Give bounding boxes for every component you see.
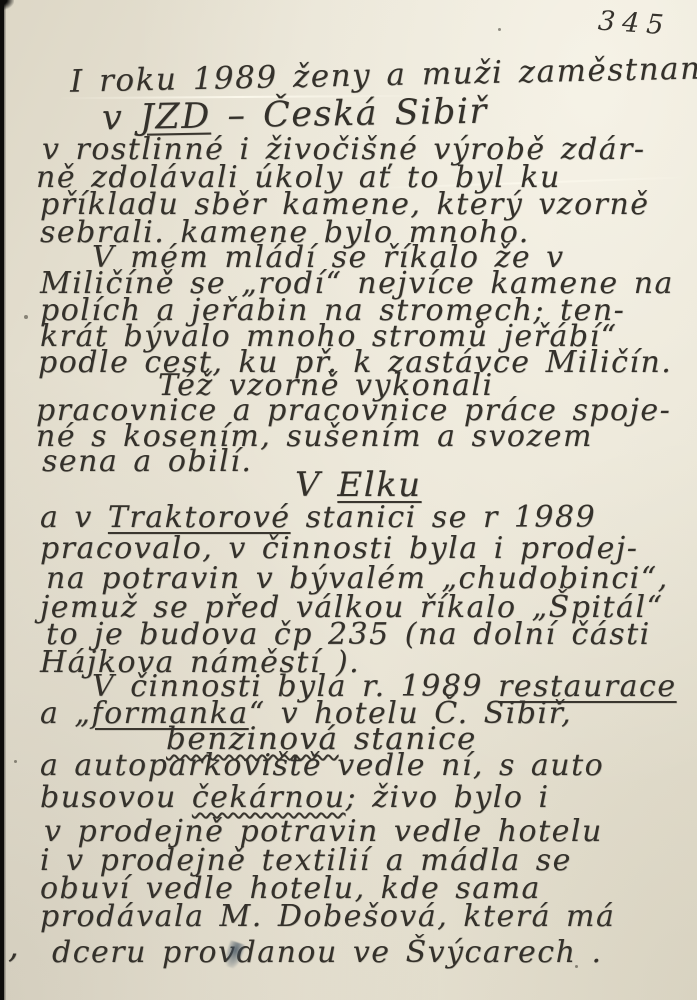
- handwritten-text: V: [295, 465, 337, 505]
- handwritten-text: a v: [40, 500, 108, 535]
- handwritten-line: a v Traktorové stanici se r 1989: [40, 501, 596, 534]
- handwritten-line: a autoparkoviště vedle ní, s auto: [40, 749, 604, 782]
- handwritten-line: I roku 1989 ženy a muži zaměstnaní: [70, 51, 697, 99]
- handwritten-text: prodávala M. Dobešová, která má: [40, 899, 615, 934]
- handwritten-text: stanici se r 1989: [291, 500, 597, 535]
- paper-speck: [14, 760, 17, 763]
- paper-speck: [498, 28, 501, 31]
- handwritten-text: – Česká Sibiř: [210, 92, 488, 137]
- underlined-word: Elku: [337, 465, 421, 505]
- manuscript-page: 345 I roku 1989 ženy a muži zaměstnanív …: [0, 0, 697, 1000]
- manuscript-lines: I roku 1989 ženy a muži zaměstnanív JZD …: [0, 0, 697, 1000]
- handwritten-text: busovou: [40, 780, 192, 815]
- handwritten-text: ,: [8, 926, 20, 966]
- paper-speck: [575, 965, 578, 968]
- handwritten-text: a „: [40, 696, 91, 731]
- handwritten-line: dceru provdanou ve Švýcarech .: [52, 936, 603, 969]
- handwritten-text: dceru provdanou ve Švýcarech .: [52, 935, 603, 970]
- paper-speck: [24, 315, 28, 319]
- underlined-word: čekárnou: [192, 780, 346, 815]
- handwritten-line: busovou čekárnou; živo bylo i: [40, 781, 550, 814]
- handwritten-text: a autoparkoviště vedle ní, s auto: [40, 748, 604, 783]
- handwritten-line: prodávala M. Dobešová, která má: [40, 900, 615, 933]
- handwritten-line: ,: [8, 928, 20, 965]
- handwritten-line: sena a obilí.: [42, 445, 252, 478]
- handwritten-text: I roku 1989 ženy a muži zaměstnaní: [70, 50, 697, 99]
- underlined-word: Traktorové: [108, 500, 291, 535]
- handwritten-text: sena a obilí.: [42, 444, 252, 479]
- handwritten-text: ; živo bylo i: [346, 780, 550, 815]
- handwritten-line: V Elku: [295, 467, 422, 504]
